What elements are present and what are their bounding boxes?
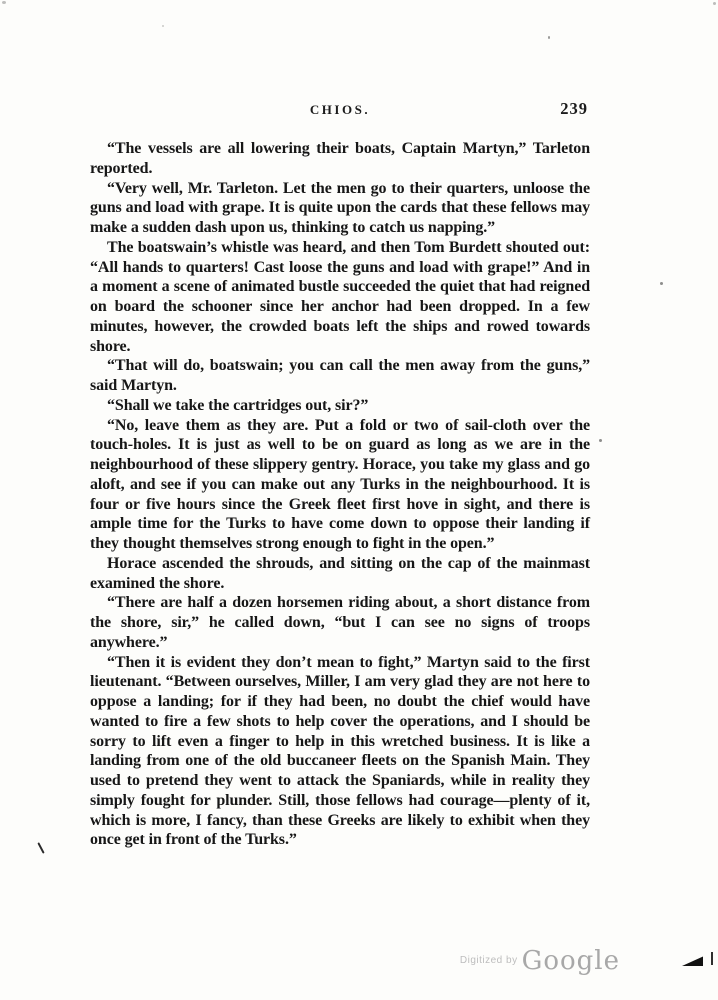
scan-speck: [713, 2, 716, 5]
scan-wedge-artifact: [682, 956, 703, 966]
watermark-prefix-label: Digitized by: [460, 955, 518, 966]
margin-tick-mark: [37, 842, 44, 854]
paragraph: “The vessels are all lowering their boat…: [90, 139, 590, 179]
paragraph: “There are half a dozen horsemen riding …: [90, 593, 590, 652]
scan-speck: [162, 25, 164, 27]
paragraph: “Then it is evident they don’t mean to f…: [90, 653, 590, 851]
scan-speck: [548, 36, 550, 39]
scan-speck: [599, 439, 602, 442]
paragraph: “Shall we take the cartridges out, sir?”: [90, 396, 590, 416]
digitized-watermark: Digitized by Google: [460, 946, 620, 976]
scanned-book-page: CHIOS. 239 “The vessels are all lowering…: [0, 0, 718, 1000]
paragraph: “No, leave them as they are. Put a fold …: [90, 416, 590, 554]
paragraph: Horace ascended the shrouds, and sitting…: [90, 554, 590, 594]
paragraph: The boatswain’s whistle was heard, and t…: [90, 238, 590, 357]
page-number: 239: [560, 99, 588, 119]
paragraph: “Very well, Mr. Tarleton. Let the men go…: [90, 179, 590, 238]
running-header: CHIOS. 239: [90, 102, 590, 122]
scan-edge-tick: [711, 952, 713, 965]
paragraph: “That will do, boatswain; you can call t…: [90, 356, 590, 396]
google-logo: Google: [522, 946, 620, 976]
body-text: “The vessels are all lowering their boat…: [90, 139, 590, 850]
scan-speck: [2, 1, 6, 4]
chapter-running-title: CHIOS.: [90, 102, 590, 118]
scan-speck: [660, 282, 663, 285]
